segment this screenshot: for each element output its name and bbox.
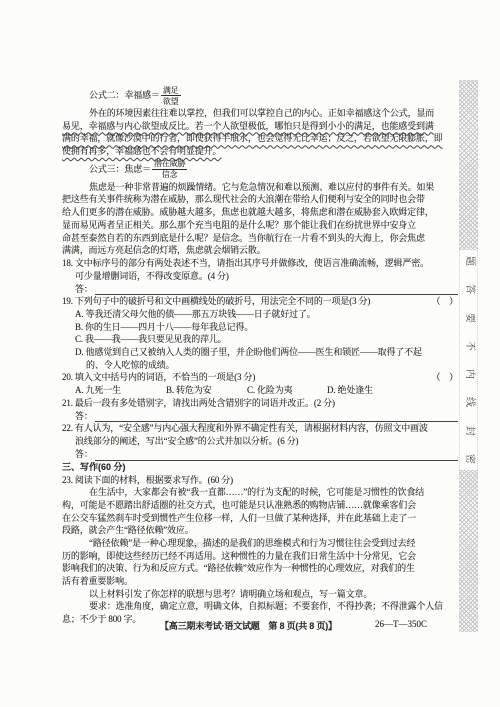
question-18-stem: 18. 文中标序号的部分有两处表述不当，请指出其序号并做修改，使语言准确流畅，逻… [62,257,458,270]
seal-line-text: 题 答 要 不 内 线 封 密 [459,250,478,470]
essay-material-line: 构，可能是不愿踏出舒适圈的社交方式，也可能是只认准熟悉的购物店铺……就像乘客们会 [62,499,458,512]
seal-char: 密 [464,454,474,464]
seal-char: 要 [464,313,474,323]
essay-material-line: 影响我们的决策、行为和反应方式。“路径依赖”效应作为一种惯性的心理效应，对我们的… [62,562,458,575]
formula-happiness: 公式二：幸福感＝ 满足 欲望 [62,84,458,107]
answer-label: 答： [62,410,93,423]
question-20-stem-row: 20. 填入文中括号内的词语，不恰当的一项是(3 分) （ ） [62,371,458,384]
essay-prompt-line: 以上材料引发了你怎样的联想与思考？请明确立场和观点，写一篇文章。 [62,588,458,601]
question-19-option-a: A. 等我还清父母欠他的债——那五万块钱——日子就好过了。 [62,308,458,321]
question-19-option-c: C. 我——我——我只要见见我的萍儿。 [62,333,458,346]
passage-line-wavy: 使拥有再多，幸福感也不会有明显提升。 [62,145,458,158]
question-20-option-b: B. 转危为安 [166,384,247,397]
answer-label: 答： [62,448,93,461]
fraction-numerator: 满足 [161,86,181,97]
question-18-answer-row: 答： [62,282,458,295]
formula-anxiety-label: 公式三：焦虑＝ [89,163,151,176]
footer-exam-title: 【高三期末考试·语文试题 第 8 页(共 8 页)】 [160,619,337,632]
seal-char: 线 [464,397,474,407]
essay-material-line: 在公交车猛然刹车时受到惯性产生位移一样，人们一旦做了某种选择，并在此基础上走了一 [62,512,458,525]
fraction-denominator: 信念 [162,170,178,180]
formula-happiness-label: 公式二：幸福感＝ [89,89,160,102]
answer-blank-line [95,412,458,422]
seal-hatch-top [459,80,478,250]
question-19-option-d: D. 他感觉到自己又被纳入人类的圈子里，并企盼他们两位——医生和锁匠——取得了不… [62,346,458,359]
fraction-numerator: 潜在威胁 [152,159,187,170]
section-writing-heading: 三、写作(60 分) [62,461,458,474]
faint-watermark: 百度贴吧@（高三学习吧） [186,540,366,549]
fraction-anxiety: 潜在威胁 信念 [152,159,187,179]
question-20-stem: 20. 填入文中括号内的词语，不恰当的一项是(3 分) [62,371,255,384]
formula-anxiety: 公式三：焦虑＝ 潜在威胁 信念 [62,158,458,181]
question-20-option-d: D. 绝处逢生 [327,384,373,397]
question-19-stem: 19. 下列句子中的破折号和文中画横线处的破折号，用法完全不同的一项是(3 分) [62,295,370,308]
passage-line: 外在的环境因素往往难以掌控，但我们可以掌控自己的内心。正如幸福感这个公式，显而 [62,107,458,120]
question-18-stem-cont: 可少量增删词语，不得改变原意。(4 分) [62,270,458,283]
fraction-denominator: 欲望 [163,96,179,106]
question-20-option-c: C. 化险为夷 [247,384,327,397]
question-21-stem: 21. 最后一段有多处错别字，请找出两处含错别字的词语并改正。(2 分) [62,397,458,410]
question-22-stem-cont: 浪线部分的阐述，写出“安全感”的公式并加以分析。(6 分) [62,435,458,448]
question-22-answer-row: 答： [62,448,458,461]
question-19-option-d-cont: 的、令人吃惊的成绩。 [62,359,458,372]
passage-line-wavy: 满的幸福，就像沙漠中的行者，即使获得半瓶水，也会觉得无比幸运；反之，若欲望无限膨… [62,132,458,145]
seal-char: 不 [464,341,474,351]
question-19-stem-row: 19. 下列句子中的破折号和文中画横线处的破折号，用法完全不同的一项是(3 分)… [62,295,458,308]
essay-material-line: 活有着重要影响。 [62,575,458,588]
fraction-happiness: 满足 欲望 [161,86,181,106]
seal-hatch-bottom [459,470,478,632]
question-23-stem: 23. 阅读下面的材料，根据要求写作。(60 分) [62,474,458,487]
passage-line: 满满，而远方亮起信念的灯塔，焦虑就会烟销云散。 [62,244,458,257]
seal-char: 答 [464,284,474,294]
answer-blank-line [95,451,458,461]
essay-material-line: 段路，就会产生“路径依赖”效应。 [62,524,458,537]
question-20-option-a: A. 九死一生 [75,384,166,397]
passage-line: 给人们更多的潜在威胁。威胁越大越多，焦虑也就越大越多，将焦虑和潜在威胁套入欧姆定… [62,206,458,219]
passage-line: 显而易见两者呈正相关。那么那个充当电阻的是什么呢？那个能让我们在纷扰世界中安身立 [62,219,458,232]
essay-material-line: 历的影响，即使这些经历已经不再适用。这种惯性的力量在我们日常生活中十分常见，它会 [62,550,458,563]
passage-line: 命甚至泰然自若的东西到底是什么呢？是信念。当你航行在一片看不到头的大海上，你会焦… [62,232,458,245]
answer-bracket-slot: （ ） [431,295,458,308]
footer-paper-code: 26—T—350C [375,619,427,629]
seal-char: 题 [464,256,474,266]
seal-char: 封 [464,426,474,436]
question-20-options-row: A. 九死一生 B. 转危为安 C. 化险为夷 D. 绝处逢生 [62,384,458,397]
question-22-stem: 22. 有人认为，“安全感”与内心强大程度和外界不确定性有关，请根据材料内容，仿… [62,422,458,435]
essay-requirements-line: 要求：选准角度，确定立意，明确文体，自拟标题；不要套作，不得抄袭；不得泄露个人信 [62,600,458,613]
scanned-exam-page: 公式二：幸福感＝ 满足 欲望 外在的环境因素往往难以掌控，但我们可以掌控自己的内… [0,0,500,707]
question-19-option-b: B. 你的生日——四月十八——每年我总记得。 [62,321,458,334]
passage-line-wavy: 易见，幸福感与内心欲望成反比。若一个人欲望极低，哪怕只是得到小小的满足，也能感受… [62,120,458,133]
seal-char: 内 [464,369,474,379]
seal-strip: 题 答 要 不 内 线 封 密 [459,80,478,632]
answer-label: 答： [62,283,93,296]
question-21-answer-row: 答： [62,409,458,422]
essay-material-line: 在生活中，大家都会有被“我一直都……”的行为支配的时候，它可能是习惯性的饮食结 [62,486,458,499]
answer-blank-line [95,285,458,295]
passage-line: 把这些有关事件统称为潜在威胁，那么现代社会的大浪潮在带给人们便利与安全的同时也会… [62,193,458,206]
passage-line: 焦虑是一种非常普遍的烦躁情绪。它与危急情况和难以预测、难以应付的事件有关。如果 [62,181,458,194]
answer-bracket-slot: （ ） [431,371,458,384]
page-footer: 【高三期末考试·语文试题 第 8 页(共 8 页)】 26—T—350C [0,619,500,633]
